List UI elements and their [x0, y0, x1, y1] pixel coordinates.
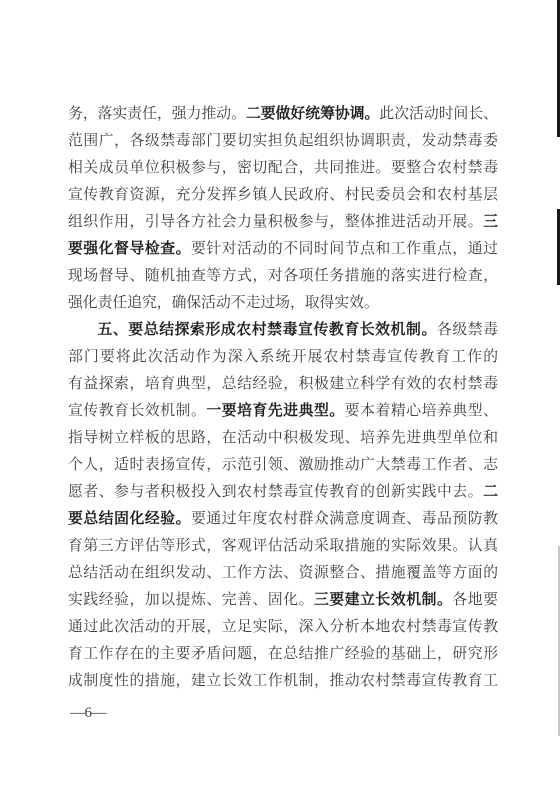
- text-line: 范围广，各级禁毒部门要切实担负起组织协调职责，发动禁毒委: [68, 128, 498, 155]
- document-text-block: 务，落实责任，强力推动。二要做好统筹协调。此次活动时间长、范围广，各级禁毒部门要…: [68, 101, 498, 695]
- text-segment: 宣传教育长效机制。: [68, 403, 206, 419]
- text-line: 宣传教育长效机制。一要培育先进典型。要本着精心培养典型、: [68, 398, 498, 425]
- text-segment: 成制度性的措施，建立长效工作机制，推动农村禁毒宣传教育工: [68, 673, 498, 689]
- bold-heading-segment: 三要建立长效机制。: [314, 592, 452, 608]
- text-segment: 相关成员单位积极参与，密切配合，共同推进。要整合农村禁毒: [68, 160, 498, 176]
- text-line: 务，落实责任，强力推动。二要做好统筹协调。此次活动时间长、: [68, 101, 498, 128]
- text-segment: 实践经验，加以提炼、完善、固化。: [68, 592, 314, 608]
- text-line: 育第三方评估等形式，客观评估活动采取措施的实际效果。认真: [68, 533, 498, 560]
- text-line: 有益探索，培育典型，总结经验，积极建立科学有效的农村禁毒: [68, 371, 498, 398]
- text-line: 成制度性的措施，建立长效工作机制，推动农村禁毒宣传教育工: [68, 668, 498, 695]
- text-line: 愿者、参与者积极投入到农村禁毒宣传教育的创新实践中去。二: [68, 479, 498, 506]
- page-number: —6—: [70, 704, 106, 722]
- bold-heading-segment: 一要培育先进典型。: [206, 403, 344, 419]
- text-line: 组织作用，引导各方社会力量积极参与，整体推进活动开展。三: [68, 209, 498, 236]
- text-line: 强化责任追究，确保活动不走过场，取得实效。: [68, 290, 498, 317]
- text-segment: 各地要: [452, 592, 498, 608]
- bold-heading-segment: 三: [483, 214, 498, 230]
- bold-heading-segment: 要总结固化经验。: [68, 511, 191, 527]
- document-page: 务，落实责任，强力推动。二要做好统筹协调。此次活动时间长、范围广，各级禁毒部门要…: [0, 0, 560, 792]
- bold-heading-segment: 二要做好统筹协调。: [246, 106, 379, 122]
- text-segment: 宣传教育资源，充分发挥乡镇人民政府、村民委员会和农村基层: [68, 187, 498, 203]
- text-line: 五、要总结探索形成农村禁毒宣传教育长效机制。各级禁毒: [68, 317, 498, 344]
- text-segment: 育工作存在的主要矛盾问题，在总结推广经验的基础上，研究形: [68, 646, 498, 662]
- text-segment: 部门要将此次活动作为深入系统开展农村禁毒宣传教育工作的: [68, 349, 498, 365]
- text-segment: 要通过年度农村群众满意度调查、毒品预防教: [191, 511, 498, 527]
- text-line: 通过此次活动的开展，立足实际，深入分析本地农村禁毒宣传教: [68, 614, 498, 641]
- text-segment: 各级禁毒: [437, 322, 498, 338]
- text-segment: 此次活动时间长、: [379, 106, 498, 122]
- text-line: 现场督导、随机抽查等方式，对各项任务措施的落实进行检查，: [68, 263, 498, 290]
- text-segment: 有益探索，培育典型，总结经验，积极建立科学有效的农村禁毒: [68, 376, 498, 392]
- text-segment: 范围广，各级禁毒部门要切实担负起组织协调职责，发动禁毒委: [68, 133, 498, 149]
- text-line: 个人，适时表扬宣传，示范引领、激励推动广大禁毒工作者、志: [68, 452, 498, 479]
- text-segment: 总结活动在组织发动、工作方法、资源整合、措施覆盖等方面的: [68, 565, 498, 581]
- text-segment: 现场督导、随机抽查等方式，对各项任务措施的落实进行检查，: [68, 268, 498, 284]
- text-line: 总结活动在组织发动、工作方法、资源整合、措施覆盖等方面的: [68, 560, 498, 587]
- text-line: 宣传教育资源，充分发挥乡镇人民政府、村民委员会和农村基层: [68, 182, 498, 209]
- text-line: 要强化督导检查。要针对活动的不同时间节点和工作重点，通过: [68, 236, 498, 263]
- text-line: 要总结固化经验。要通过年度农村群众满意度调查、毒品预防教: [68, 506, 498, 533]
- text-segment: 要针对活动的不同时间节点和工作重点，通过: [191, 241, 498, 257]
- text-line: 部门要将此次活动作为深入系统开展农村禁毒宣传教育工作的: [68, 344, 498, 371]
- text-line: 育工作存在的主要矛盾问题，在总结推广经验的基础上，研究形: [68, 641, 498, 668]
- bold-heading-segment: 二: [483, 484, 498, 500]
- text-segment: 指导树立样板的思路，在活动中积极发现、培养先进典型单位和: [68, 430, 498, 446]
- text-line: 实践经验，加以提炼、完善、固化。三要建立长效机制。各地要: [68, 587, 498, 614]
- text-segment: 个人，适时表扬宣传，示范引领、激励推动广大禁毒工作者、志: [68, 457, 498, 473]
- text-segment: 强化责任追究，确保活动不走过场，取得实效。: [68, 295, 379, 311]
- text-segment: 育第三方评估等形式，客观评估活动采取措施的实际效果。认真: [68, 538, 498, 554]
- text-segment: 务，落实责任，强力推动。: [68, 106, 246, 122]
- bold-heading-segment: 五、要总结探索形成农村禁毒宣传教育长效机制。: [98, 322, 437, 338]
- bold-heading-segment: 要强化督导检查。: [68, 241, 191, 257]
- text-segment: 要本着精心培养典型、: [345, 403, 498, 419]
- text-segment: 通过此次活动的开展，立足实际，深入分析本地农村禁毒宣传教: [68, 619, 498, 635]
- text-line: 相关成员单位积极参与，密切配合，共同推进。要整合农村禁毒: [68, 155, 498, 182]
- text-segment: 愿者、参与者积极投入到农村禁毒宣传教育的创新实践中去。: [68, 484, 483, 500]
- text-line: 指导树立样板的思路，在活动中积极发现、培养先进典型单位和: [68, 425, 498, 452]
- text-segment: 组织作用，引导各方社会力量积极参与，整体推进活动开展。: [68, 214, 483, 230]
